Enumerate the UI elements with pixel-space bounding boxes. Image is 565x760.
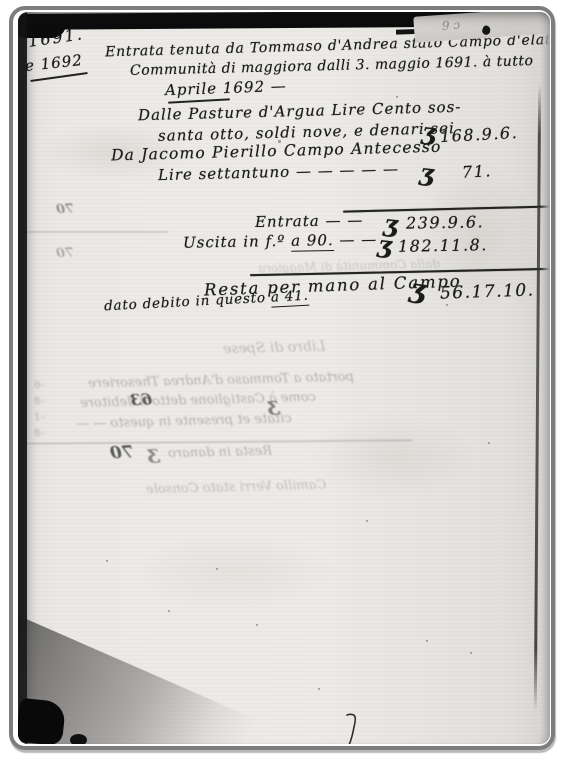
page-right-shade: [540, 12, 550, 744]
total-entrata-amount: 239.9.6.: [406, 212, 484, 232]
screenshot: dalla Communità di Maggiora Libro di Spe…: [0, 0, 565, 760]
total-entrata-label: Entrata — —: [255, 211, 364, 231]
bleedthrough-brace: ʒ: [147, 440, 160, 465]
entry-2-brace: ʒ: [419, 157, 436, 187]
speckle: [366, 520, 368, 522]
speckle: [256, 624, 258, 626]
bleedthrough-margin-number: 70: [56, 202, 75, 218]
page-tab-mark: 9 ɔ: [441, 18, 460, 33]
bleedthrough-margin-mark: –1: [34, 412, 46, 423]
speckle: [396, 96, 398, 98]
bleedthrough-margin-mark: –8: [34, 396, 46, 407]
hook-mark: [343, 712, 365, 744]
manuscript-page: dalla Communità di Maggiora Libro di Spe…: [18, 12, 550, 744]
speckle: [446, 304, 448, 306]
total-uscita-label-pre: Uscita in f.º: [183, 232, 291, 252]
result-amount: 56.17.10.: [440, 280, 535, 303]
entry-2-amount: 71.: [462, 161, 493, 182]
total-uscita-brace: ʒ: [377, 229, 394, 259]
speckle: [318, 688, 320, 690]
entry-1-amount: 168.9.6.: [440, 123, 519, 146]
speckle: [106, 560, 108, 562]
total-uscita-label: Uscita in f.º a 90. — —: [183, 230, 378, 251]
speckle: [470, 652, 472, 654]
speckle: [216, 568, 218, 570]
bleedthrough-text-line: Libro di Spese: [223, 339, 326, 358]
total-uscita-label-post: — —: [334, 230, 378, 249]
bleedthrough-margin-number: 70: [56, 246, 75, 262]
result-line-2-underlined: à 41.: [270, 288, 309, 308]
speckle: [426, 640, 428, 642]
speckle: [168, 610, 170, 612]
bleedthrough-rule: [18, 231, 168, 233]
bleedthrough-margin-mark: –8: [34, 428, 46, 439]
corner-ink-blob-small: [70, 734, 87, 744]
bleedthrough-text-line: Resta in danaro: [168, 444, 273, 462]
bleedthrough-number: 70: [109, 442, 134, 463]
speckle: [278, 140, 281, 143]
page-tab-ink-spot: [481, 25, 492, 36]
speckle: [488, 442, 490, 444]
total-uscita-label-underlined: a 90.: [291, 231, 334, 252]
total-uscita-amount: 182.11.8.: [398, 235, 488, 256]
bleedthrough-number: 63: [130, 389, 153, 409]
bleedthrough-margin-mark: –6: [34, 380, 46, 391]
